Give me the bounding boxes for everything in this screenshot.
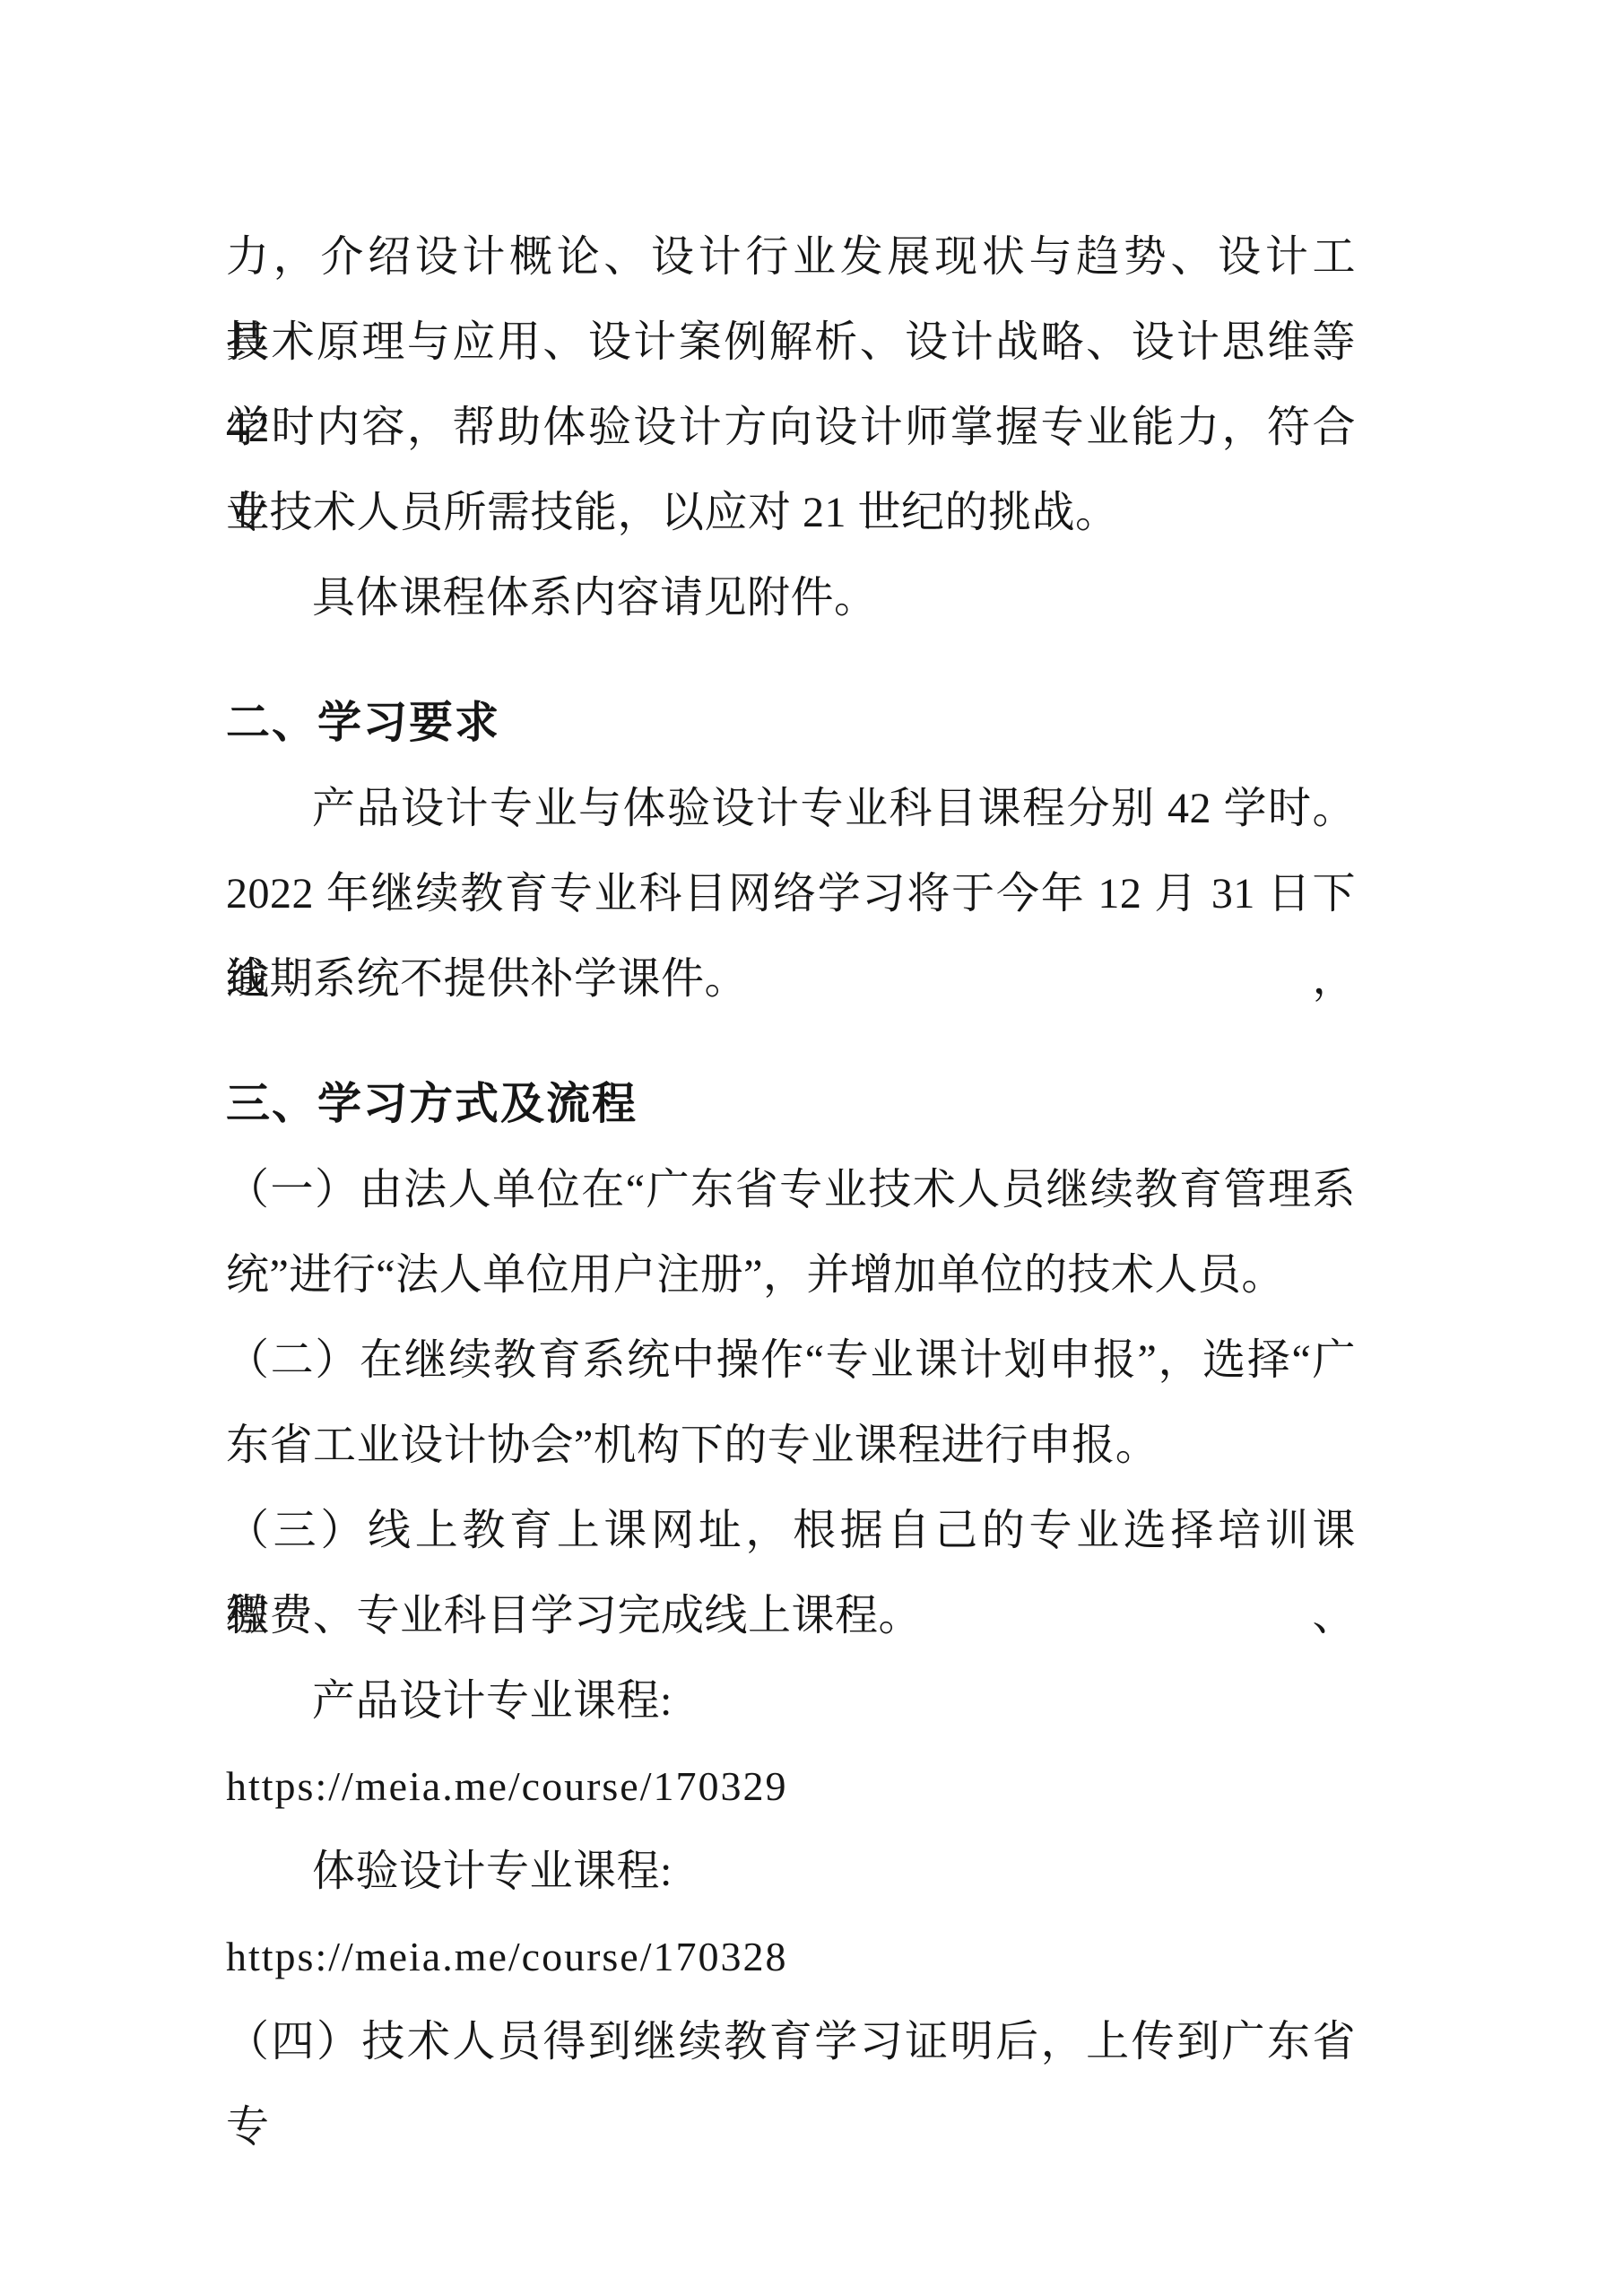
body-line: 2022 年继续教育专业科目网络学习将于今年 12 月 31 日下线，	[226, 851, 1356, 936]
body-line: 力，介绍设计概论、设计行业发展现状与趋势、设计工具、	[226, 214, 1356, 300]
section-heading-study-method: 三、学习方式及流程	[226, 1062, 1356, 1147]
body-line: （四）技术人员得到继续教育学习证明后，上传到广东省专	[226, 1999, 1356, 2084]
body-line: 业技术人员所需技能，以应对 21 世纪的挑战。	[226, 470, 1356, 555]
body-line: 统”进行“法人单位用户注册”，并增加单位的技术人员。	[226, 1232, 1356, 1318]
document-page: 力，介绍设计概论、设计行业发展现状与趋势、设计工具、 技术原理与应用、设计案例解…	[0, 0, 1623, 2296]
body-line: 具体课程体系内容请见附件。	[226, 555, 1356, 640]
body-line: （一）由法人单位在“广东省专业技术人员继续教育管理系	[226, 1147, 1356, 1232]
body-line: 东省工业设计协会”机构下的专业课程进行申报。	[226, 1403, 1356, 1488]
section-heading-study-requirements: 二、学习要求	[226, 681, 1356, 766]
experience-course-label: 体验设计专业课程:	[226, 1829, 1356, 1914]
product-course-url: https://meia.me/course/170329	[226, 1744, 1356, 1829]
body-line: 技术原理与应用、设计案例解析、设计战略、设计思维等 42	[226, 300, 1356, 385]
body-line: （二）在继续教育系统中操作“专业课计划申报”，选择“广	[226, 1318, 1356, 1403]
product-course-label: 产品设计专业课程:	[226, 1658, 1356, 1744]
experience-course-url: https://meia.me/course/170328	[226, 1914, 1356, 1999]
body-line: （三）线上教育上课网址，根据自己的专业选择培训课程、	[226, 1488, 1356, 1573]
body-line: 学时内容，帮助体验设计方向设计师掌握专业能力，符合专	[226, 385, 1356, 470]
body-line: 产品设计专业与体验设计专业科目课程分别 42 学时。	[226, 766, 1356, 851]
